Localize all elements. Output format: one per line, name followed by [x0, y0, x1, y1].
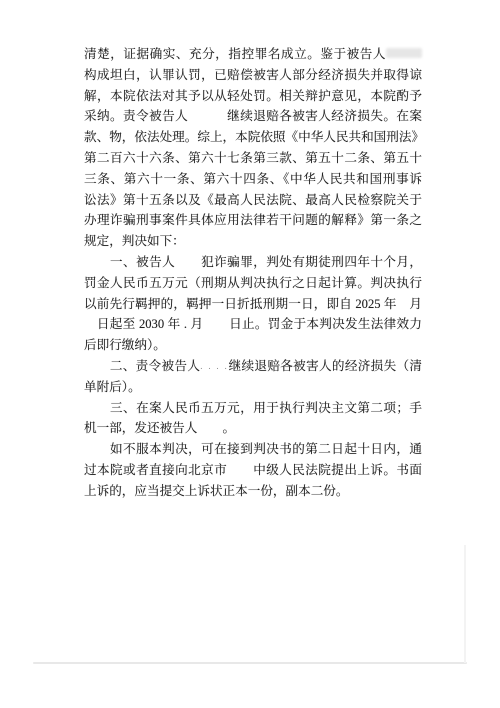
redacted-name-dots: . . . . [200, 356, 228, 377]
judgment-line: 清楚，证据确实、充分，指控罪名成立。鉴于被告人 [84, 44, 422, 65]
judgment-line: 机一部，发还被告人 。 [84, 418, 422, 439]
judgment-line: 后即行缴纳）。 [84, 335, 422, 356]
judgment-line: 办理诈骗刑事案件具体应用法律若干问题的解释》第一条之 [84, 210, 422, 231]
judgment-line: 以前先行羁押的，羁押一日折抵刑期一日，即自 2025 年 月 [84, 294, 422, 315]
redacted-name-smudge [386, 48, 422, 58]
judgment-line: 上诉的，应当提交上诉状正本一份，副本二份。 [84, 481, 422, 502]
judgment-line-text: 清楚，证据确实、充分，指控罪名成立。鉴于被告人 [84, 47, 386, 61]
judgment-line: 三、在案人民币五万元，用于执行判决主文第二项；手 [84, 398, 422, 419]
judgment-line: 三条、第六十一条、第六十四条、《中华人民共和国刑事诉 [84, 169, 422, 190]
judgment-line: 讼法》第十五条以及《最高人民法院、最高人民检察院关于 [84, 190, 422, 211]
judgment-line: 如不服本判决，可在接到判决书的第二日起十日内，通 [84, 439, 422, 460]
judgment-line: 构成坦白，认罪认罚，已赔偿被害人部分经济损失并取得谅 [84, 65, 422, 86]
scanned-judgment-page: 清楚，证据确实、充分，指控罪名成立。鉴于被告人 构成坦白，认罪认罚，已赔偿被害人… [0, 0, 500, 708]
judgment-line: 款、物，依法处理。综上，本院依照《中华人民共和国刑法》 [84, 127, 422, 148]
judgment-line: 一、被告人 犯诈骗罪，判处有期徒刑四年十个月， [84, 252, 422, 273]
judgment-line: 采纳。责令被告人 继续退赔各被害人经济损失。在案 [84, 106, 422, 127]
judgment-line: 解，本院依法对其予以从轻处罚。相关辩护意见，本院酌予 [84, 86, 422, 107]
judgment-line-text: 继续退赔各被害人的经济损失（清 [228, 359, 422, 373]
judgment-line: 第二百六十六条、第六十七条第三款、第五十二条、第五十 [84, 148, 422, 169]
judgment-line-text: 二、责令被告人 [84, 359, 200, 373]
judgment-line: 过本院或者直接向北京市 中级人民法院提出上诉。书面 [84, 460, 422, 481]
judgment-line: 单附后）。 [84, 377, 422, 398]
judgment-text-column: 清楚，证据确实、充分，指控罪名成立。鉴于被告人 构成坦白，认罪认罚，已赔偿被害人… [84, 44, 422, 502]
judgment-line: 日起至 2030 年 . 月 日止。罚金于本判决发生法律效力 [84, 314, 422, 335]
judgment-line: 罚金人民币五万元（刑期从判决执行之日起计算。判决执行 [84, 273, 422, 294]
judgment-line: 规定，判决如下： [84, 231, 422, 252]
scan-artifact-right-edge [464, 545, 466, 663]
scan-artifact-bottom-edge [33, 662, 467, 664]
judgment-line: 二、责令被告人. . . .继续退赔各被害人的经济损失（清 [84, 356, 422, 377]
